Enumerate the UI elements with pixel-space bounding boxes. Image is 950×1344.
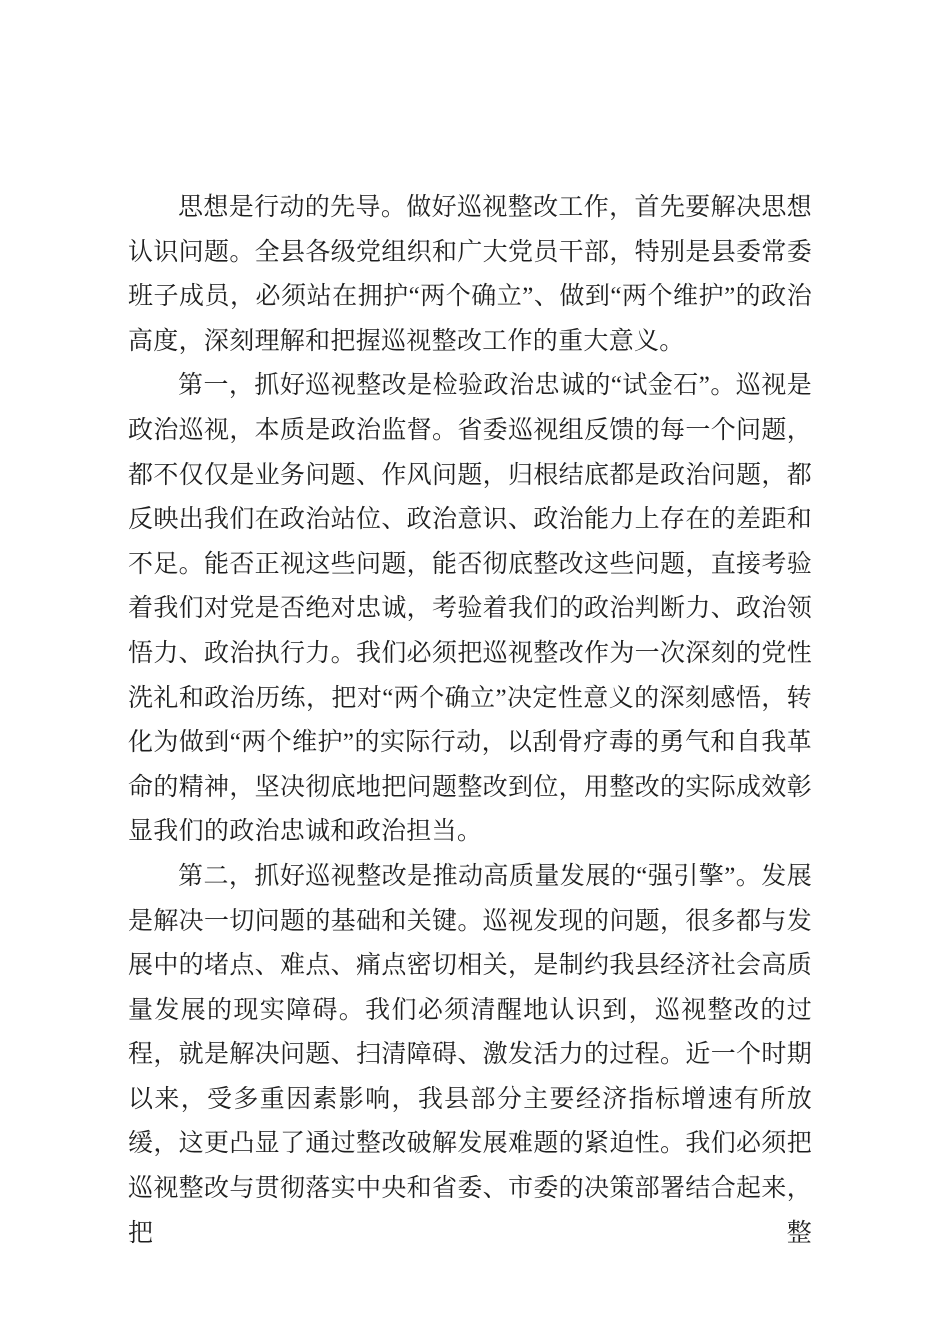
document-body: 思想是行动的先导。做好巡视整改工作，首先要解决思想认识问题。全县各级党组织和广大… — [128, 186, 812, 1256]
paragraph-second-point: 第二，抓好巡视整改是推动高质量发展的“强引擎”。发展是解决一切问题的基础和关键。… — [128, 855, 812, 1256]
document-page: 思想是行动的先导。做好巡视整改工作，首先要解决思想认识问题。全县各级党组织和广大… — [0, 0, 950, 1344]
paragraph-first-point: 第一，抓好巡视整改是检验政治忠诚的“试金石”。巡视是政治巡视，本质是政治监督。省… — [128, 364, 812, 855]
paragraph-intro: 思想是行动的先导。做好巡视整改工作，首先要解决思想认识问题。全县各级党组织和广大… — [128, 186, 812, 364]
